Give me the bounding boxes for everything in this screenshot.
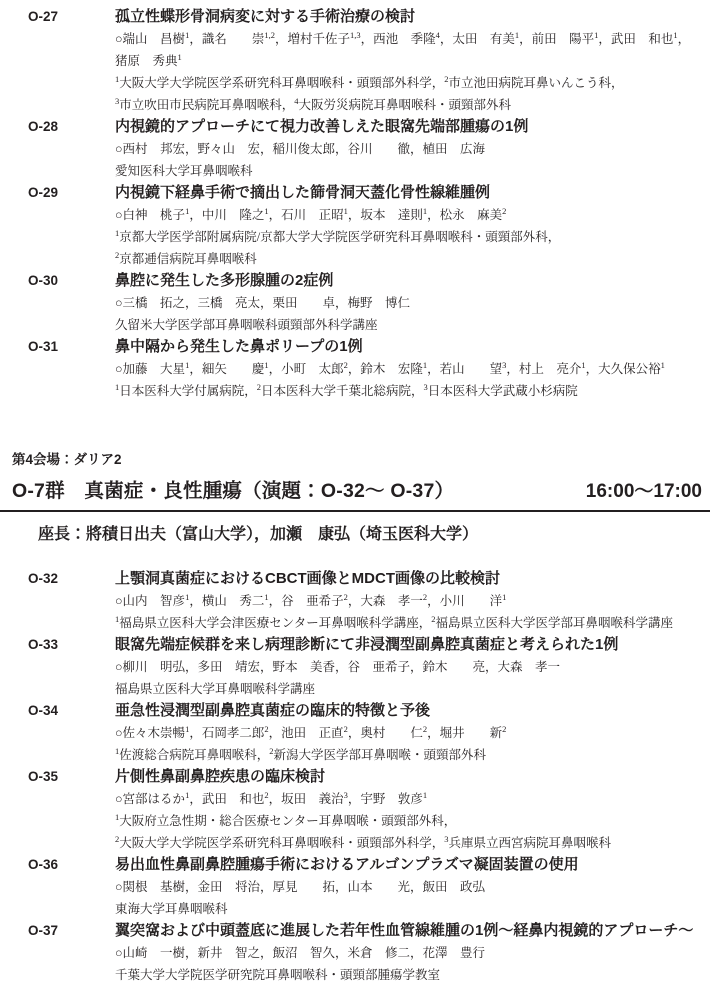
- presentation-item: O-35 片側性鼻副鼻腔疾患の臨床検討 ○宮部はるか1，武田 和也2，坂田 義治…: [12, 766, 702, 854]
- presentation-title: 鼻腔に発生した多形腺腫の2症例: [115, 270, 702, 292]
- presentation-code: O-35: [12, 766, 115, 788]
- author-lines: ○端山 昌樹1，識名 崇1,2，増村千佐子1,3，西池 季隆4，太田 有美1，前…: [115, 28, 702, 72]
- presentation-title: 翼突窩および中頭蓋底に進展した若年性血管線維腫の1例～経鼻内視鏡的アプローチ～: [115, 920, 702, 942]
- presentation-item: O-33 眼窩先端症候群を来し病理診断にて非浸潤型副鼻腔真菌症と考えられた1例 …: [12, 634, 702, 700]
- affiliation-line: 千葉大学大学院医学研究院耳鼻咽喉科・頭頸部腫瘍学教室: [115, 964, 702, 986]
- affiliation-line: 久留米大学医学部耳鼻咽喉科頭頸部外科学講座: [115, 314, 702, 336]
- affiliation-line: 1京都大学医学部附属病院/京都大学大学院医学研究科耳鼻咽喉科・頭頸部外科，: [115, 226, 702, 248]
- presentation-body: 上顎洞真菌症におけるCBCT画像とMDCT画像の比較検討 ○山内 智彦1，横山 …: [115, 568, 702, 634]
- chairs-label: 座長：將積日出夫（富山大学），加瀬 康弘（埼玉医科大学）: [12, 521, 702, 544]
- presentation-body: 鼻中隔から発生した鼻ポリープの1例 ○加藤 大星1，細矢 慶1，小町 太郎2，鈴…: [115, 336, 702, 402]
- session-time: 16:00～17:00: [586, 476, 702, 503]
- affiliation-lines: 1大阪大学大学院医学系研究科耳鼻咽喉科・頭頸部外科学，2市立池田病院耳鼻いんこう…: [115, 72, 702, 116]
- presentation-body: 片側性鼻副鼻腔疾患の臨床検討 ○宮部はるか1，武田 和也2，坂田 義治3，宇野 …: [115, 766, 702, 854]
- affiliation-line: 1佐渡総合病院耳鼻咽喉科，2新潟大学医学部耳鼻咽喉・頭頸部外科: [115, 744, 702, 766]
- presentation-body: 鼻腔に発生した多形腺腫の2症例 ○三橋 拓之，三橋 亮太，栗田 卓，梅野 博仁 …: [115, 270, 702, 336]
- presentation-item: O-31 鼻中隔から発生した鼻ポリープの1例 ○加藤 大星1，細矢 慶1，小町 …: [12, 336, 702, 402]
- author-lines: ○加藤 大星1，細矢 慶1，小町 太郎2，鈴木 宏隆1，若山 望3，村上 亮介1…: [115, 358, 702, 380]
- affiliation-line: 福島県立医科大学耳鼻咽喉科学講座: [115, 678, 702, 700]
- affiliation-lines: 1京都大学医学部附属病院/京都大学大学院医学研究科耳鼻咽喉科・頭頸部外科，2京都…: [115, 226, 702, 270]
- session-items: O-32 上顎洞真菌症におけるCBCT画像とMDCT画像の比較検討 ○山内 智彦…: [12, 568, 702, 986]
- venue-label: 第4会場：ダリア2: [12, 450, 702, 470]
- presentation-item: O-37 翼突窩および中頭蓋底に進展した若年性血管線維腫の1例～経鼻内視鏡的アプ…: [12, 920, 702, 986]
- author-lines: ○関根 基樹，金田 将治，厚見 拓，山本 光，飯田 政弘: [115, 876, 702, 898]
- affiliation-line: 2大阪大学大学院医学系研究科耳鼻咽喉科・頭頸部外科学，3兵庫県立西宮病院耳鼻咽喉…: [115, 832, 702, 854]
- presentation-code: O-31: [12, 336, 115, 358]
- presentation-item: O-36 易出血性鼻副鼻腔腫瘍手術におけるアルゴンプラズマ凝固装置の使用 ○関根…: [12, 854, 702, 920]
- author-line: ○西村 邦宏，野々山 宏，稲川俊太郎，谷川 徹，植田 広海: [115, 138, 702, 160]
- author-lines: ○柳川 明弘，多田 靖宏，野本 美香，谷 亜希子，鈴木 亮，大森 孝一: [115, 656, 702, 678]
- affiliation-line: 2京都逓信病院耳鼻咽喉科: [115, 248, 702, 270]
- author-line: ○関根 基樹，金田 将治，厚見 拓，山本 光，飯田 政弘: [115, 876, 702, 898]
- affiliation-lines: 愛知医科大学耳鼻咽喉科: [115, 160, 702, 182]
- presentation-code: O-33: [12, 634, 115, 656]
- affiliation-line: 1大阪府立急性期・総合医療センター耳鼻咽喉・頭頸部外科，: [115, 810, 702, 832]
- author-line: ○端山 昌樹1，識名 崇1,2，増村千佐子1,3，西池 季隆4，太田 有美1，前…: [115, 28, 702, 50]
- author-line: ○山内 智彦1，横山 秀二1，谷 亜希子2，大森 孝一2，小川 洋1: [115, 590, 702, 612]
- presentation-title: 片側性鼻副鼻腔疾患の臨床検討: [115, 766, 702, 788]
- affiliation-lines: 東海大学耳鼻咽喉科: [115, 898, 702, 920]
- session-header: 第4会場：ダリア2 O-7群 真菌症・良性腫瘍（演題：O-32～ O-37） 1…: [12, 450, 702, 544]
- presentation-body: 内視鏡下経鼻手術で摘出した篩骨洞天蓋化骨性線維腫例 ○白神 桃子1，中川 隆之1…: [115, 182, 702, 270]
- affiliation-lines: 千葉大学大学院医学研究院耳鼻咽喉科・頭頸部腫瘍学教室: [115, 964, 702, 986]
- affiliation-line: 1日本医科大学付属病院，2日本医科大学千葉北総病院，3日本医科大学武蔵小杉病院: [115, 380, 702, 402]
- presentation-code: O-34: [12, 700, 115, 722]
- author-line: ○柳川 明弘，多田 靖宏，野本 美香，谷 亜希子，鈴木 亮，大森 孝一: [115, 656, 702, 678]
- affiliation-lines: 1大阪府立急性期・総合医療センター耳鼻咽喉・頭頸部外科，2大阪大学大学院医学系研…: [115, 810, 702, 854]
- presentation-code: O-37: [12, 920, 115, 942]
- group-row: O-7群 真菌症・良性腫瘍（演題：O-32～ O-37） 16:00～17:00: [12, 475, 702, 503]
- presentation-title: 内視鏡的アプローチにて視力改善しえた眼窩先端部腫瘍の1例: [115, 116, 702, 138]
- presentation-code: O-36: [12, 854, 115, 876]
- presentation-title: 内視鏡下経鼻手術で摘出した篩骨洞天蓋化骨性線維腫例: [115, 182, 702, 204]
- presentation-item: O-32 上顎洞真菌症におけるCBCT画像とMDCT画像の比較検討 ○山内 智彦…: [12, 568, 702, 634]
- affiliation-lines: 1佐渡総合病院耳鼻咽喉科，2新潟大学医学部耳鼻咽喉・頭頸部外科: [115, 744, 702, 766]
- affiliation-line: 東海大学耳鼻咽喉科: [115, 898, 702, 920]
- affiliation-lines: 1日本医科大学付属病院，2日本医科大学千葉北総病院，3日本医科大学武蔵小杉病院: [115, 380, 702, 402]
- author-lines: ○佐々木崇暢1，石岡孝二郎2，池田 正直2，奥村 仁2，堀井 新2: [115, 722, 702, 744]
- presentation-title: 鼻中隔から発生した鼻ポリープの1例: [115, 336, 702, 358]
- author-line: ○宮部はるか1，武田 和也2，坂田 義治3，宇野 敦彦1: [115, 788, 702, 810]
- affiliation-lines: 1福島県立医科大学会津医療センター耳鼻咽喉科学講座，2福島県立医科大学医学部耳鼻…: [115, 612, 702, 634]
- presentation-item: O-30 鼻腔に発生した多形腺腫の2症例 ○三橋 拓之，三橋 亮太，栗田 卓，梅…: [12, 270, 702, 336]
- presentation-title: 上顎洞真菌症におけるCBCT画像とMDCT画像の比較検討: [115, 568, 702, 590]
- program-page: O-27 孤立性蝶形骨洞病変に対する手術治療の検討 ○端山 昌樹1，識名 崇1,…: [0, 0, 710, 1000]
- presentation-code: O-27: [12, 6, 115, 28]
- presentation-body: 亜急性浸潤型副鼻腔真菌症の臨床的特徴と予後 ○佐々木崇暢1，石岡孝二郎2，池田 …: [115, 700, 702, 766]
- affiliation-line: 1福島県立医科大学会津医療センター耳鼻咽喉科学講座，2福島県立医科大学医学部耳鼻…: [115, 612, 702, 634]
- affiliation-lines: 久留米大学医学部耳鼻咽喉科頭頸部外科学講座: [115, 314, 702, 336]
- affiliation-line: 1大阪大学大学院医学系研究科耳鼻咽喉科・頭頸部外科学，2市立池田病院耳鼻いんこう…: [115, 72, 702, 94]
- header-divider: [0, 510, 710, 512]
- presentation-item: O-27 孤立性蝶形骨洞病変に対する手術治療の検討 ○端山 昌樹1，識名 崇1,…: [12, 6, 702, 116]
- presentation-body: 翼突窩および中頭蓋底に進展した若年性血管線維腫の1例～経鼻内視鏡的アプローチ～ …: [115, 920, 702, 986]
- presentation-code: O-30: [12, 270, 115, 292]
- affiliation-line: 3市立吹田市民病院耳鼻咽喉科，4大阪労災病院耳鼻咽喉科・頭頸部外科: [115, 94, 702, 116]
- presentation-item: O-34 亜急性浸潤型副鼻腔真菌症の臨床的特徴と予後 ○佐々木崇暢1，石岡孝二郎…: [12, 700, 702, 766]
- presentation-item: O-28 内視鏡的アプローチにて視力改善しえた眼窩先端部腫瘍の1例 ○西村 邦宏…: [12, 116, 702, 182]
- author-lines: ○山崎 一樹，新井 智之，飯沼 智久，米倉 修二，花澤 豊行: [115, 942, 702, 964]
- author-lines: ○山内 智彦1，横山 秀二1，谷 亜希子2，大森 孝一2，小川 洋1: [115, 590, 702, 612]
- author-line: 猪原 秀典1: [115, 50, 702, 72]
- author-lines: ○西村 邦宏，野々山 宏，稲川俊太郎，谷川 徹，植田 広海: [115, 138, 702, 160]
- presentation-title: 亜急性浸潤型副鼻腔真菌症の臨床的特徴と予後: [115, 700, 702, 722]
- session-continued-items: O-27 孤立性蝶形骨洞病変に対する手術治療の検討 ○端山 昌樹1，識名 崇1,…: [12, 6, 702, 402]
- presentation-title: 眼窩先端症候群を来し病理診断にて非浸潤型副鼻腔真菌症と考えられた1例: [115, 634, 702, 656]
- presentation-title: 孤立性蝶形骨洞病変に対する手術治療の検討: [115, 6, 702, 28]
- author-line: ○三橋 拓之，三橋 亮太，栗田 卓，梅野 博仁: [115, 292, 702, 314]
- presentation-code: O-28: [12, 116, 115, 138]
- presentation-code: O-29: [12, 182, 115, 204]
- author-line: ○山崎 一樹，新井 智之，飯沼 智久，米倉 修二，花澤 豊行: [115, 942, 702, 964]
- author-line: ○佐々木崇暢1，石岡孝二郎2，池田 正直2，奥村 仁2，堀井 新2: [115, 722, 702, 744]
- presentation-item: O-29 内視鏡下経鼻手術で摘出した篩骨洞天蓋化骨性線維腫例 ○白神 桃子1，中…: [12, 182, 702, 270]
- presentation-body: 孤立性蝶形骨洞病変に対する手術治療の検討 ○端山 昌樹1，識名 崇1,2，増村千…: [115, 6, 702, 116]
- author-lines: ○白神 桃子1，中川 隆之1，石川 正昭1，坂本 達則1，松永 麻美2: [115, 204, 702, 226]
- presentation-body: 眼窩先端症候群を来し病理診断にて非浸潤型副鼻腔真菌症と考えられた1例 ○柳川 明…: [115, 634, 702, 700]
- group-title: O-7群 真菌症・良性腫瘍（演題：O-32～ O-37）: [12, 475, 454, 503]
- affiliation-line: 愛知医科大学耳鼻咽喉科: [115, 160, 702, 182]
- presentation-body: 内視鏡的アプローチにて視力改善しえた眼窩先端部腫瘍の1例 ○西村 邦宏，野々山 …: [115, 116, 702, 182]
- presentation-code: O-32: [12, 568, 115, 590]
- presentation-body: 易出血性鼻副鼻腔腫瘍手術におけるアルゴンプラズマ凝固装置の使用 ○関根 基樹，金…: [115, 854, 702, 920]
- affiliation-lines: 福島県立医科大学耳鼻咽喉科学講座: [115, 678, 702, 700]
- author-line: ○白神 桃子1，中川 隆之1，石川 正昭1，坂本 達則1，松永 麻美2: [115, 204, 702, 226]
- author-line: ○加藤 大星1，細矢 慶1，小町 太郎2，鈴木 宏隆1，若山 望3，村上 亮介1…: [115, 358, 702, 380]
- author-lines: ○三橋 拓之，三橋 亮太，栗田 卓，梅野 博仁: [115, 292, 702, 314]
- author-lines: ○宮部はるか1，武田 和也2，坂田 義治3，宇野 敦彦1: [115, 788, 702, 810]
- presentation-title: 易出血性鼻副鼻腔腫瘍手術におけるアルゴンプラズマ凝固装置の使用: [115, 854, 702, 876]
